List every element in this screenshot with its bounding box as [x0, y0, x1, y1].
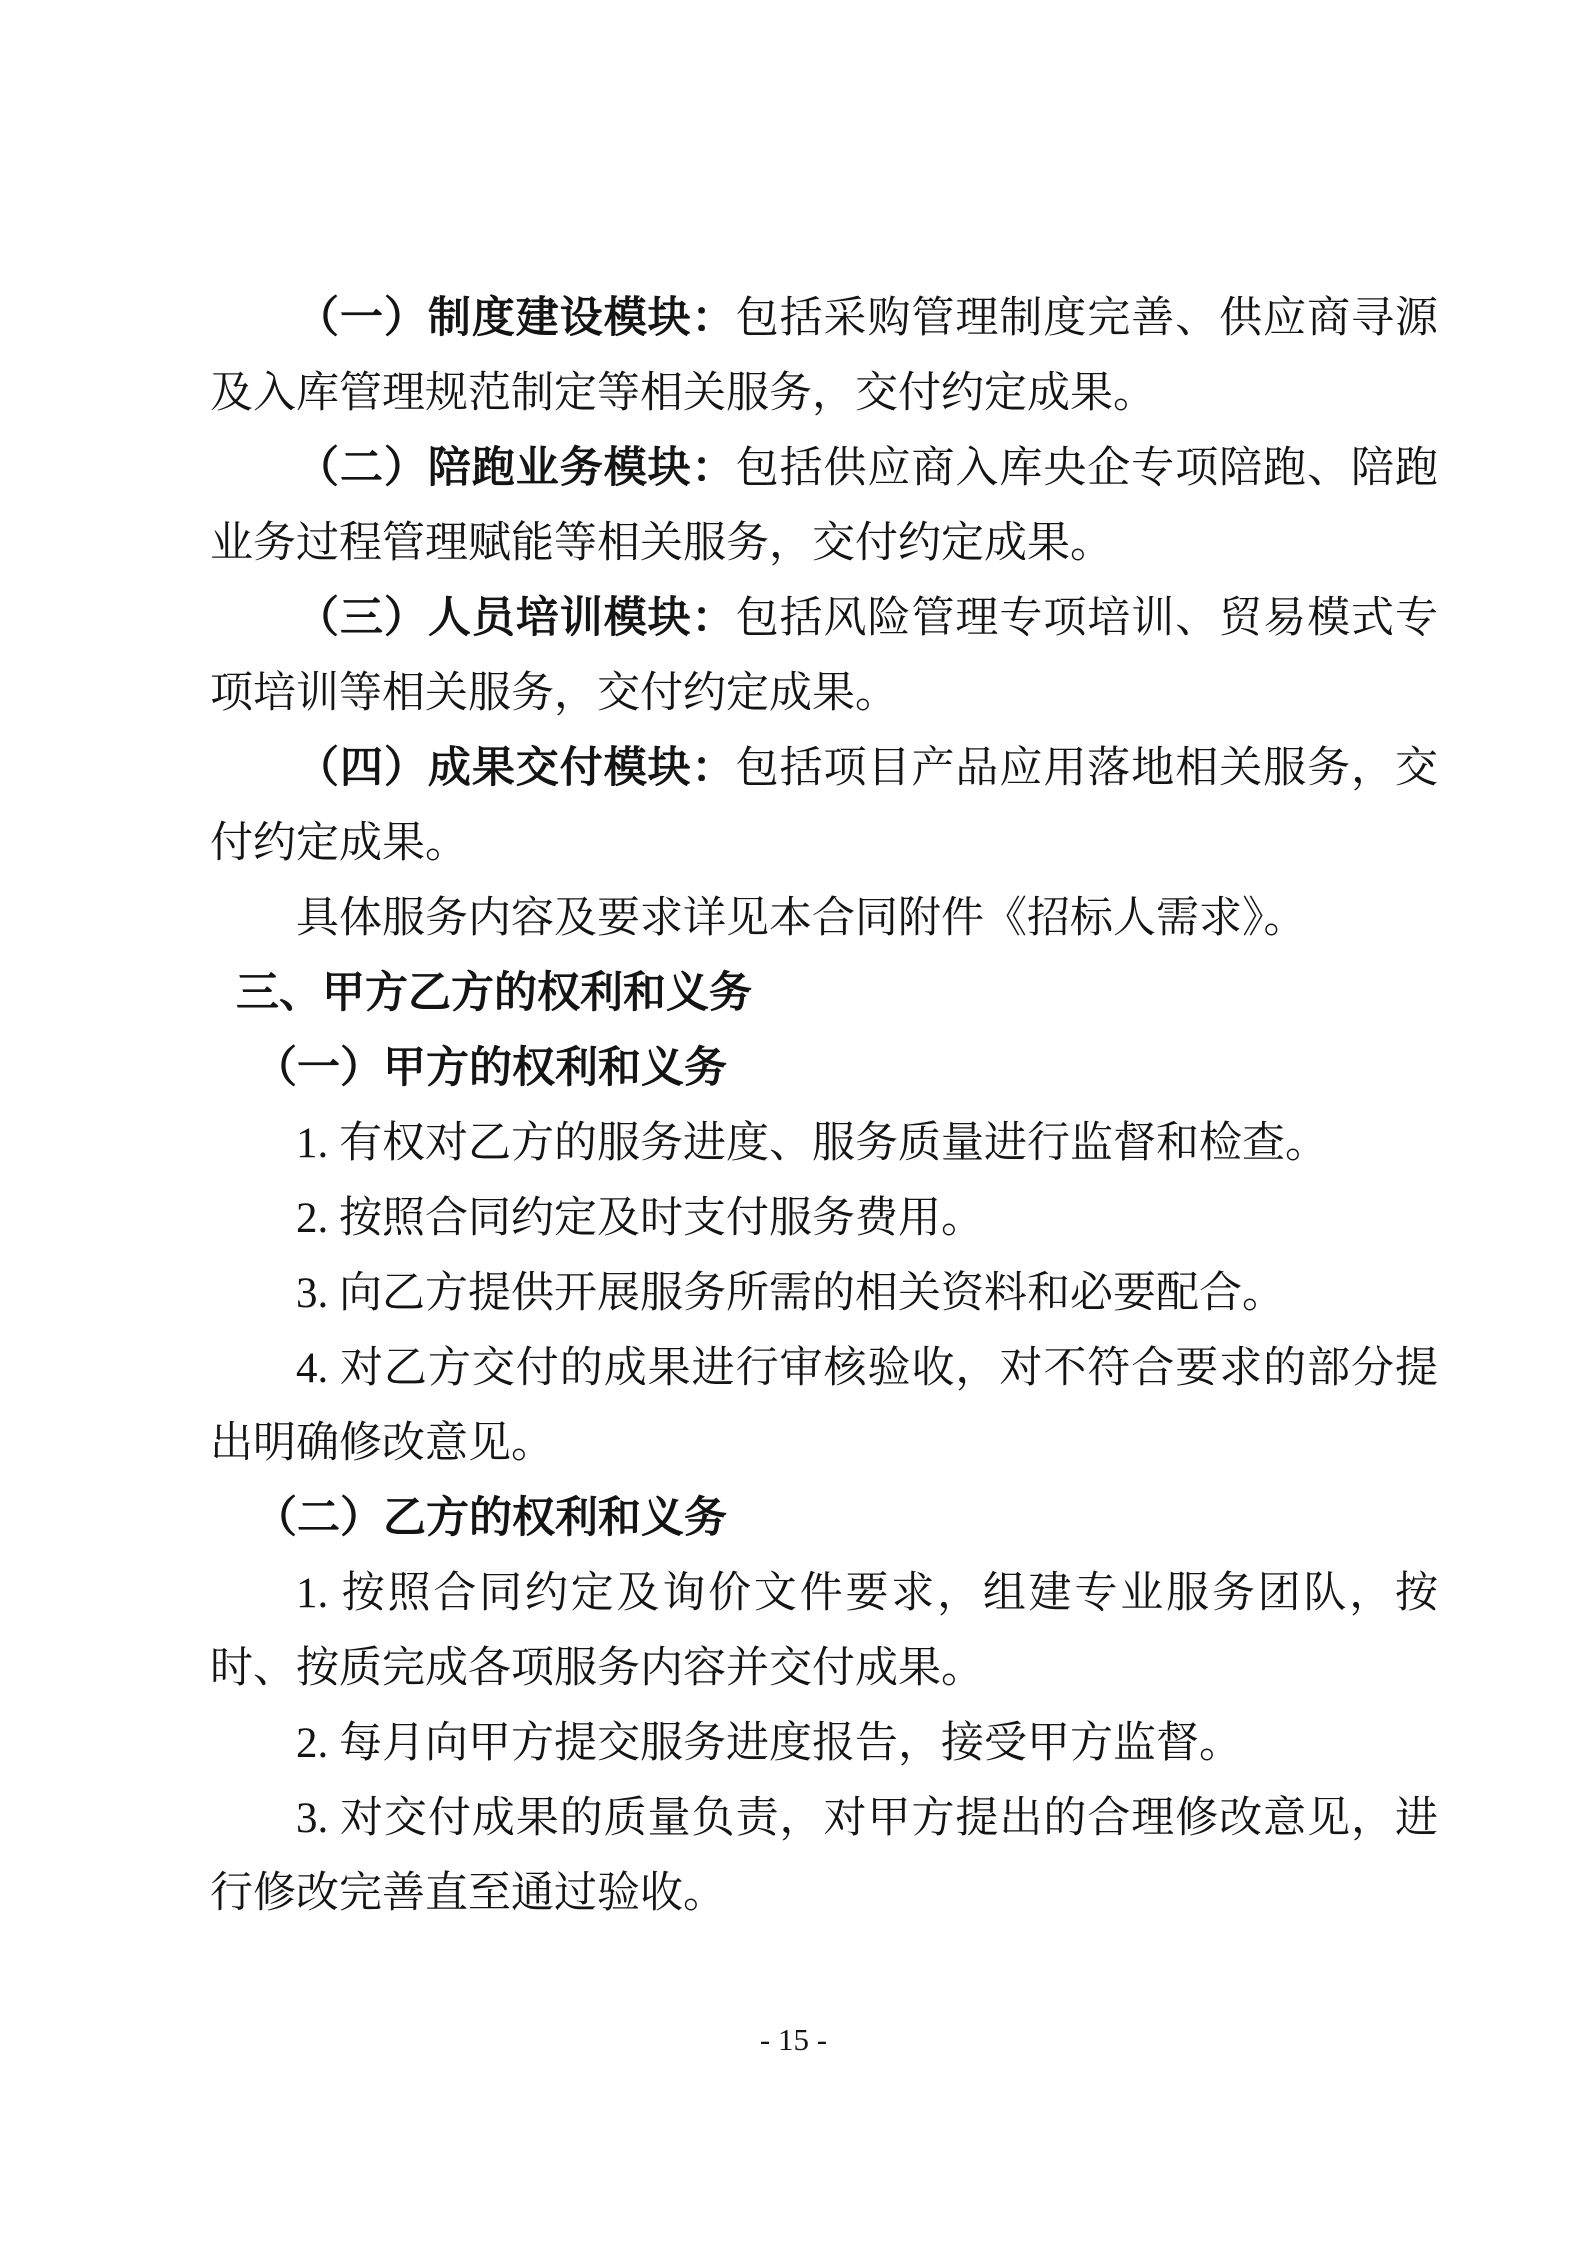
page-footer: - 15 -: [0, 2020, 1587, 2060]
paragraph-text: 1. 按照合同约定及询价文件要求，组建专业服务团队，按时、按质完成各项服务内容并…: [210, 1570, 1438, 1692]
paragraph-text: 3. 向乙方提供开展服务所需的相关资料和必要配合。: [296, 1270, 1285, 1317]
list-item-paragraph: 3. 向乙方提供开展服务所需的相关资料和必要配合。: [210, 1256, 1438, 1331]
paragraph-text: 2. 每月向甲方提交服务进度报告，接受甲方监督。: [296, 1720, 1242, 1767]
paragraph-text: （一）甲方的权利和义务: [254, 1045, 727, 1092]
paragraph-lead: （一）制度建设模块：: [296, 295, 736, 342]
paragraph-lead: （二）陪跑业务模块：: [296, 445, 736, 492]
paragraph-text: 3. 对交付成果的质量负责，对甲方提出的合理修改意见，进行修改完善直至通过验收。: [210, 1795, 1438, 1917]
paragraph-lead: （四）成果交付模块：: [296, 745, 736, 792]
module-paragraph: （一）制度建设模块：包括采购管理制度完善、供应商寻源及入库管理规范制定等相关服务…: [210, 281, 1438, 431]
body-paragraph: 具体服务内容及要求详见本合同附件《招标人需求》。: [210, 881, 1438, 956]
paragraph-text: 4. 对乙方交付的成果进行审核验收，对不符合要求的部分提出明确修改意见。: [210, 1345, 1438, 1467]
list-item-paragraph: 1. 按照合同约定及询价文件要求，组建专业服务团队，按时、按质完成各项服务内容并…: [210, 1556, 1438, 1706]
paragraph-text: 具体服务内容及要求详见本合同附件《招标人需求》。: [296, 895, 1307, 942]
paragraph-lead: （三）人员培训模块：: [296, 595, 736, 642]
list-item-paragraph: 2. 每月向甲方提交服务进度报告，接受甲方监督。: [210, 1706, 1438, 1781]
document-page: （一）制度建设模块：包括采购管理制度完善、供应商寻源及入库管理规范制定等相关服务…: [0, 0, 1587, 2245]
section-heading: 三、甲方乙方的权利和义务: [210, 956, 1438, 1031]
contract-text-body: （一）制度建设模块：包括采购管理制度完善、供应商寻源及入库管理规范制定等相关服务…: [210, 281, 1438, 1931]
paragraph-text: 2. 按照合同约定及时支付服务费用。: [296, 1195, 984, 1242]
paragraph-text: 三、甲方乙方的权利和义务: [236, 969, 752, 1017]
page-number: - 15 -: [760, 2022, 827, 2057]
list-item-paragraph: 3. 对交付成果的质量负责，对甲方提出的合理修改意见，进行修改完善直至通过验收。: [210, 1781, 1438, 1931]
paragraph-text: 1. 有权对乙方的服务进度、服务质量进行监督和检查。: [296, 1120, 1328, 1167]
list-item-paragraph: 4. 对乙方交付的成果进行审核验收，对不符合要求的部分提出明确修改意见。: [210, 1331, 1438, 1481]
module-paragraph: （四）成果交付模块：包括项目产品应用落地相关服务，交付约定成果。: [210, 731, 1438, 881]
subsection-heading: （二）乙方的权利和义务: [210, 1481, 1438, 1556]
module-paragraph: （二）陪跑业务模块：包括供应商入库央企专项陪跑、陪跑业务过程管理赋能等相关服务，…: [210, 431, 1438, 581]
list-item-paragraph: 1. 有权对乙方的服务进度、服务质量进行监督和检查。: [210, 1106, 1438, 1181]
module-paragraph: （三）人员培训模块：包括风险管理专项培训、贸易模式专项培训等相关服务，交付约定成…: [210, 581, 1438, 731]
paragraph-text: （二）乙方的权利和义务: [254, 1495, 727, 1542]
subsection-heading: （一）甲方的权利和义务: [210, 1031, 1438, 1106]
list-item-paragraph: 2. 按照合同约定及时支付服务费用。: [210, 1181, 1438, 1256]
